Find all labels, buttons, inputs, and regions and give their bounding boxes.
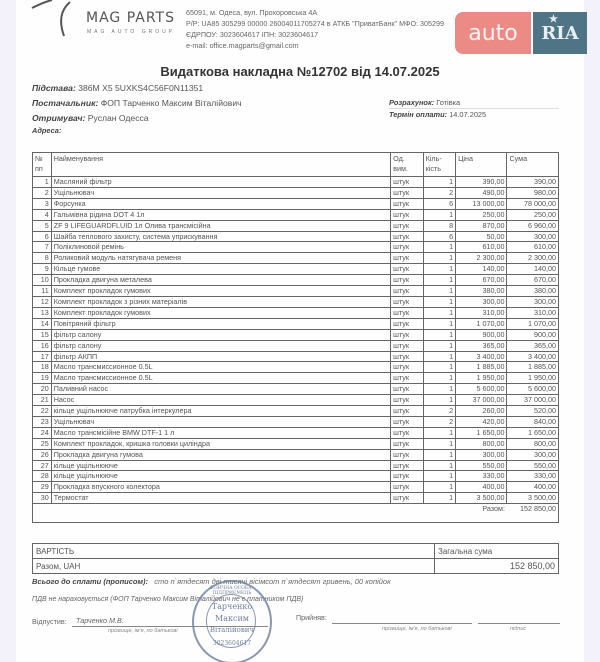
cell-no: 14 xyxy=(33,318,52,329)
cell-sum: 330,00 xyxy=(507,471,559,482)
cell-sum: 550,00 xyxy=(507,460,559,471)
payment-field: Розрахунок: Готівка xyxy=(389,98,460,107)
cell-qty: 1 xyxy=(423,242,455,253)
cell-price: 1 650,00 xyxy=(456,427,507,438)
cell-qty: 1 xyxy=(423,449,455,460)
cell-price: 260,00 xyxy=(456,406,507,417)
words-label: Всього до сплати (прописом): xyxy=(32,577,148,586)
cell-unit: штук xyxy=(391,286,423,297)
accepted-name-line xyxy=(332,623,472,624)
cell-name: Масло трансмиссионное 0.5L xyxy=(51,362,390,373)
table-row: 19Масло трансмиссионное 0.5Lштук11 950,0… xyxy=(33,373,559,384)
cell-unit: штук xyxy=(391,373,423,384)
cell-qty: 1 xyxy=(423,351,455,362)
table-row: 24Масло трансмісійне BMW DTF-1 1 лштук11… xyxy=(33,427,559,438)
cell-qty: 1 xyxy=(423,482,455,493)
total-uah-label: Разом, UAH xyxy=(33,559,435,574)
cell-name: Прокладка двигуна металева xyxy=(51,275,390,286)
header-no: № пп xyxy=(33,153,52,177)
cell-price: 400,00 xyxy=(456,482,507,493)
table-row: 17фільтр АКППштук13 400,003 400,00 xyxy=(33,351,559,362)
cell-sum: 1 950,00 xyxy=(507,373,559,384)
table-row: 14Повітряний фільтрштук11 070,001 070,00 xyxy=(33,318,559,329)
cell-qty: 1 xyxy=(423,373,455,384)
cell-qty: 1 xyxy=(423,253,455,264)
cell-price: 300,00 xyxy=(456,449,507,460)
cell-sum: 390,00 xyxy=(507,177,559,188)
cell-price: 390,00 xyxy=(456,177,507,188)
cell-no: 1 xyxy=(33,177,52,188)
cell-price: 310,00 xyxy=(456,307,507,318)
cell-price: 900,00 xyxy=(456,329,507,340)
cell-sum: 400,00 xyxy=(507,482,559,493)
accepted-hint-name: прізвище, ім'я, по батькові xyxy=(382,626,452,632)
table-spacer-row xyxy=(33,514,559,523)
cell-no: 17 xyxy=(33,351,52,362)
table-row: 4Гальмівна рідина DOT 4 1лштук1250,00250… xyxy=(33,209,559,220)
cell-unit: штук xyxy=(391,231,423,242)
cell-no: 19 xyxy=(33,373,52,384)
cell-price: 250,00 xyxy=(456,209,507,220)
cell-unit: штук xyxy=(391,427,423,438)
cell-sum: 800,00 xyxy=(507,438,559,449)
cell-name: Прокладка впускного колектора xyxy=(51,482,390,493)
cell-qty: 1 xyxy=(423,307,455,318)
cell-name: Термостат xyxy=(51,493,390,504)
table-row: 10Прокладка двигуна металеваштук1670,006… xyxy=(33,275,559,286)
total-sum-label: Загальна сума xyxy=(435,544,559,559)
cell-sum: 380,00 xyxy=(507,286,559,297)
cell-price: 140,00 xyxy=(456,264,507,275)
company-details: 65091, м. Одеса, вул. Прохоровська 4А Р/… xyxy=(186,7,444,51)
table-row: 21Насосштук137 000,0037 000,00 xyxy=(33,395,559,406)
cell-price: 800,00 xyxy=(456,438,507,449)
cell-sum: 140,00 xyxy=(507,264,559,275)
table-row: 30Термостатштук13 500,003 500,00 xyxy=(33,493,559,504)
cell-sum: 840,00 xyxy=(507,416,559,427)
cell-qty: 1 xyxy=(423,177,455,188)
cell-sum: 670,00 xyxy=(507,275,559,286)
table-header-row: № пп Найменування Од. вим. Кіль-кість Ці… xyxy=(33,153,559,177)
ria-label: RIA xyxy=(541,23,578,44)
cell-qty: 1 xyxy=(423,384,455,395)
cell-no: 8 xyxy=(33,253,52,264)
cell-no: 16 xyxy=(33,340,52,351)
table-row: 22кільце ущільнююче патрубка інтеркулера… xyxy=(33,406,559,417)
auto-badge: auto xyxy=(455,12,531,54)
header-qty: Кіль-кість xyxy=(423,153,455,177)
cell-sum: 365,00 xyxy=(507,340,559,351)
cell-sum: 3 500,00 xyxy=(507,493,559,504)
table-row: 9Кільце гумовештук1140,00140,00 xyxy=(33,264,559,275)
due-field: Термін оплати: 14.07.2025 xyxy=(389,110,486,119)
total-uah-value: 152 850,00 xyxy=(435,559,559,574)
header-unit: Од. вим. xyxy=(391,153,423,177)
cell-name: Комплект прокладок гумових xyxy=(51,307,390,318)
cell-name: Поліклиновой ремінь xyxy=(51,242,390,253)
cost-label: ВАРТІСТЬ xyxy=(33,544,435,559)
table-row: 20Паливний насосштук15 600,005 600,00 xyxy=(33,384,559,395)
cell-unit: штук xyxy=(391,406,423,417)
cell-price: 5 600,00 xyxy=(456,384,507,395)
header-sum: Сума xyxy=(507,153,559,177)
header-name: Найменування xyxy=(51,153,390,177)
cell-unit: штук xyxy=(391,242,423,253)
cell-price: 670,00 xyxy=(456,275,507,286)
cell-qty: 2 xyxy=(423,187,455,198)
autoria-watermark: auto ★ RIA xyxy=(455,12,587,54)
cell-name: ZF 9 LIFEGUARDFLUID 1л Олива трансмісійн… xyxy=(51,220,390,231)
table-row: 3Форсункаштук613 000,0078 000,00 xyxy=(33,198,559,209)
table-row: 12Комплект прокладок з різних матеріалів… xyxy=(33,296,559,307)
address-field: Адреса: xyxy=(32,126,61,135)
cell-no: 6 xyxy=(33,231,52,242)
cell-price: 13 000,00 xyxy=(456,198,507,209)
cell-no: 18 xyxy=(33,362,52,373)
table-row: 23Ущільнювачштук2420,00840,00 xyxy=(33,416,559,427)
cell-sum: 250,00 xyxy=(507,209,559,220)
company-email: e-mail: office.magparts@gmail.com xyxy=(186,40,444,51)
cell-qty: 1 xyxy=(423,296,455,307)
cell-sum: 1 650,00 xyxy=(507,427,559,438)
cell-unit: штук xyxy=(391,220,423,231)
cell-sum: 900,00 xyxy=(507,329,559,340)
cell-name: фільтр салону xyxy=(51,340,390,351)
cell-sum: 980,00 xyxy=(507,187,559,198)
released-value: Тарченко М.В. xyxy=(76,616,124,625)
items-table: № пп Найменування Од. вим. Кіль-кість Ці… xyxy=(32,152,559,523)
cell-price: 2 300,00 xyxy=(456,253,507,264)
released-label: Відпустив: xyxy=(32,617,67,626)
recipient-field: Отримувач: Руслан Одесса xyxy=(32,113,149,123)
total-label: Разом: xyxy=(33,504,507,514)
cell-no: 12 xyxy=(33,296,52,307)
cell-no: 15 xyxy=(33,329,52,340)
cell-qty: 1 xyxy=(423,264,455,275)
cell-price: 610,00 xyxy=(456,242,507,253)
cell-name: Роликовий модуль натягувача ременя xyxy=(51,253,390,264)
cell-qty: 1 xyxy=(423,286,455,297)
cell-no: 9 xyxy=(33,264,52,275)
cell-price: 3 400,00 xyxy=(456,351,507,362)
cell-unit: штук xyxy=(391,264,423,275)
payment-value: Готівка xyxy=(436,98,460,107)
table-row: 2Ущільнювачштук2490,00980,00 xyxy=(33,187,559,198)
cell-name: Комплект прокладок, кришка головки цилін… xyxy=(51,438,390,449)
cell-unit: штук xyxy=(391,296,423,307)
supplier-field: Постачальник: ФОП Тарченко Максим Віталі… xyxy=(32,98,242,108)
cell-sum: 300,00 xyxy=(507,449,559,460)
cell-qty: 2 xyxy=(423,416,455,427)
cell-no: 3 xyxy=(33,198,52,209)
cell-unit: штук xyxy=(391,493,423,504)
due-value: 14.07.2025 xyxy=(449,110,486,119)
cell-qty: 1 xyxy=(423,362,455,373)
table-row: 13Комплект прокладок гумовихштук1310,003… xyxy=(33,307,559,318)
cell-sum: 300,00 xyxy=(507,296,559,307)
cell-qty: 6 xyxy=(423,231,455,242)
cell-qty: 1 xyxy=(423,493,455,504)
total-value: 152 850,00 xyxy=(507,504,559,514)
due-label: Термін оплати: xyxy=(389,110,447,119)
cell-qty: 8 xyxy=(423,220,455,231)
stamp-line2: Максим xyxy=(194,614,270,623)
recipient-label: Отримувач: xyxy=(32,113,85,123)
table-row: 8Роликовий модуль натягувача ременяштук1… xyxy=(33,253,559,264)
cell-qty: 1 xyxy=(423,318,455,329)
cell-name: фільтр салону xyxy=(51,329,390,340)
stamp-code: 3023604617 xyxy=(194,640,270,647)
cell-unit: штук xyxy=(391,187,423,198)
cell-qty: 1 xyxy=(423,209,455,220)
address-label: Адреса: xyxy=(32,126,61,135)
table-row: 11Комплект прокладок гумовихштук1380,003… xyxy=(33,286,559,297)
stamp-ring-text: ФІЗИЧНА ОСОБА - ПІДПРИЄМЕЦЬ xyxy=(194,586,270,596)
cell-name: Ущільнювач xyxy=(51,416,390,427)
cell-name: кільце ущільнююче xyxy=(51,460,390,471)
cell-unit: штук xyxy=(391,416,423,427)
supplier-value: ФОП Тарченко Максим Віталійович xyxy=(101,98,242,108)
cell-sum: 37 000,00 xyxy=(507,395,559,406)
words-value: сто п`ятдесят дві тисячі вісімсот п`ятде… xyxy=(154,577,390,586)
cell-qty: 1 xyxy=(423,427,455,438)
cell-unit: штук xyxy=(391,471,423,482)
cell-price: 420,00 xyxy=(456,416,507,427)
table-row: 28кільце ущільнюючештук1330,00330,00 xyxy=(33,471,559,482)
company-logo-name: MAG PARTS xyxy=(86,10,175,26)
cell-qty: 2 xyxy=(423,406,455,417)
table-row: 1Масляний фільтрштук1390,00390,00 xyxy=(33,177,559,188)
accepted-signature-line xyxy=(478,623,560,624)
payment-underline xyxy=(389,108,559,109)
cell-unit: штук xyxy=(391,351,423,362)
cell-unit: штук xyxy=(391,253,423,264)
table-row: 5ZF 9 LIFEGUARDFLUID 1л Олива трансмісій… xyxy=(33,220,559,231)
cell-unit: штук xyxy=(391,482,423,493)
cell-name: кільце ущільнююче xyxy=(51,471,390,482)
cell-unit: штук xyxy=(391,460,423,471)
released-hint: прізвище, ім'я, по батькові xyxy=(108,628,178,634)
cell-sum: 2 300,00 xyxy=(507,253,559,264)
cell-price: 3 500,00 xyxy=(456,493,507,504)
cell-name: Повітряний фільтр xyxy=(51,318,390,329)
header-price: Ціна xyxy=(456,153,507,177)
cell-unit: штук xyxy=(391,449,423,460)
cell-sum: 1 885,00 xyxy=(507,362,559,373)
cell-sum: 520,00 xyxy=(507,406,559,417)
table-row: 25Комплект прокладок, кришка головки цил… xyxy=(33,438,559,449)
cell-no: 2 xyxy=(33,187,52,198)
cell-name: Масло трансмиссионное 0.5L xyxy=(51,373,390,384)
invoice-title: Видаткова накладна №12702 від 14.07.2025 xyxy=(0,64,600,79)
cell-unit: штук xyxy=(391,395,423,406)
cell-unit: штук xyxy=(391,307,423,318)
accepted-hint-sign: підпис xyxy=(510,626,526,632)
cell-unit: штук xyxy=(391,198,423,209)
summary-table: ВАРТІСТЬ Загальна сума Разом, UAH 152 85… xyxy=(32,543,559,574)
accepted-label: Прийняв: xyxy=(296,613,327,622)
cell-no: 22 xyxy=(33,406,52,417)
table-row: 26Прокладка двигуна гумоваштук1300,00300… xyxy=(33,449,559,460)
basis-field: Підстава: 386M X5 5UXKS4C56F0N11351 xyxy=(32,83,203,93)
cell-no: 11 xyxy=(33,286,52,297)
stamp-line1: Тарченко xyxy=(194,602,270,611)
cell-unit: штук xyxy=(391,318,423,329)
company-logo-tagline: MAG AUTO GROUP xyxy=(87,29,175,35)
cell-unit: штук xyxy=(391,362,423,373)
cell-name: Масло трансмісійне BMW DTF-1 1 л xyxy=(51,427,390,438)
cell-sum: 6 960,00 xyxy=(507,220,559,231)
cell-price: 550,00 xyxy=(456,460,507,471)
cell-no: 28 xyxy=(33,471,52,482)
cell-no: 27 xyxy=(33,460,52,471)
table-row: 18Масло трансмиссионное 0.5Lштук11 885,0… xyxy=(33,362,559,373)
cell-name: Масляний фільтр xyxy=(51,177,390,188)
cell-price: 1 950,00 xyxy=(456,373,507,384)
table-row: 27кільце ущільнюючештук1550,00550,00 xyxy=(33,460,559,471)
stamp-line3: Віталійович xyxy=(194,626,270,634)
table-row: 29Прокладка впускного колектораштук1400,… xyxy=(33,482,559,493)
cell-name: Гальмівна рідина DOT 4 1л xyxy=(51,209,390,220)
cell-unit: штук xyxy=(391,329,423,340)
cell-sum: 5 600,00 xyxy=(507,384,559,395)
cell-qty: 6 xyxy=(423,198,455,209)
cell-qty: 1 xyxy=(423,460,455,471)
table-row: 15фільтр салонуштук1900,00900,00 xyxy=(33,329,559,340)
table-total-row: Разом: 152 850,00 xyxy=(33,504,559,514)
cell-price: 37 000,00 xyxy=(456,395,507,406)
cell-name: кільце ущільнююче патрубка інтеркулера xyxy=(51,406,390,417)
cell-unit: штук xyxy=(391,384,423,395)
cell-unit: штук xyxy=(391,438,423,449)
cell-price: 380,00 xyxy=(456,286,507,297)
cell-name: Комплект прокладок гумових xyxy=(51,286,390,297)
company-stamp: ФІЗИЧНА ОСОБА - ПІДПРИЄМЕЦЬ Тарченко Мак… xyxy=(192,580,272,662)
company-address: 65091, м. Одеса, вул. Прохоровська 4А xyxy=(186,7,444,18)
cell-price: 870,00 xyxy=(456,220,507,231)
cell-sum: 300,00 xyxy=(507,231,559,242)
star-icon: ★ xyxy=(549,14,558,25)
supplier-label: Постачальник: xyxy=(32,98,98,108)
cell-price: 1 885,00 xyxy=(456,362,507,373)
cell-no: 25 xyxy=(33,438,52,449)
cell-no: 30 xyxy=(33,493,52,504)
cell-qty: 1 xyxy=(423,471,455,482)
cell-no: 4 xyxy=(33,209,52,220)
cell-sum: 310,00 xyxy=(507,307,559,318)
cell-name: Кільце гумове xyxy=(51,264,390,275)
cell-price: 490,00 xyxy=(456,187,507,198)
cell-price: 300,00 xyxy=(456,296,507,307)
cell-sum: 78 000,00 xyxy=(507,198,559,209)
payment-label: Розрахунок: xyxy=(389,98,434,107)
cell-price: 365,00 xyxy=(456,340,507,351)
cell-name: фільтр АКПП xyxy=(51,351,390,362)
cell-no: 7 xyxy=(33,242,52,253)
company-edrpou: ЄДРПОУ: 3023604617 ІПН: 3023604617 xyxy=(186,29,444,40)
cell-name: Форсунка xyxy=(51,198,390,209)
cell-no: 10 xyxy=(33,275,52,286)
cell-price: 330,00 xyxy=(456,471,507,482)
cell-no: 24 xyxy=(33,427,52,438)
cell-unit: штук xyxy=(391,275,423,286)
recipient-value: Руслан Одесса xyxy=(88,113,149,123)
ria-badge: ★ RIA xyxy=(533,12,587,54)
cell-no: 26 xyxy=(33,449,52,460)
cell-name: Прокладка двигуна гумова xyxy=(51,449,390,460)
cell-qty: 1 xyxy=(423,340,455,351)
table-row: 16фільтр салонуштук1365,00365,00 xyxy=(33,340,559,351)
cell-no: 20 xyxy=(33,384,52,395)
cell-qty: 1 xyxy=(423,438,455,449)
cell-no: 29 xyxy=(33,482,52,493)
basis-value: 386M X5 5UXKS4C56F0N11351 xyxy=(78,83,203,93)
cell-name: Насос xyxy=(51,395,390,406)
cell-qty: 1 xyxy=(423,395,455,406)
cell-no: 13 xyxy=(33,307,52,318)
cell-no: 5 xyxy=(33,220,52,231)
cell-no: 21 xyxy=(33,395,52,406)
table-row: 6Шайба теплового захисту, система уприск… xyxy=(33,231,559,242)
company-bank: Р/Р: UA85 305299 00000 26004011705274 в … xyxy=(186,18,444,29)
cell-qty: 1 xyxy=(423,329,455,340)
cell-unit: штук xyxy=(391,177,423,188)
cell-unit: штук xyxy=(391,209,423,220)
cell-no: 23 xyxy=(33,416,52,427)
cell-name: Ущільнювач xyxy=(51,187,390,198)
cell-name: Комплект прокладок з різних матеріалів xyxy=(51,296,390,307)
cell-qty: 1 xyxy=(423,275,455,286)
cell-sum: 1 070,00 xyxy=(507,318,559,329)
cell-name: Шайба теплового захисту, система уприску… xyxy=(51,231,390,242)
cell-name: Паливний насос xyxy=(51,384,390,395)
cell-sum: 3 400,00 xyxy=(507,351,559,362)
cell-sum: 610,00 xyxy=(507,242,559,253)
basis-label: Підстава: xyxy=(32,83,76,93)
cell-unit: штук xyxy=(391,340,423,351)
cell-price: 1 070,00 xyxy=(456,318,507,329)
table-row: 7Поліклиновой реміньштук1610,00610,00 xyxy=(33,242,559,253)
cell-price: 50,00 xyxy=(456,231,507,242)
